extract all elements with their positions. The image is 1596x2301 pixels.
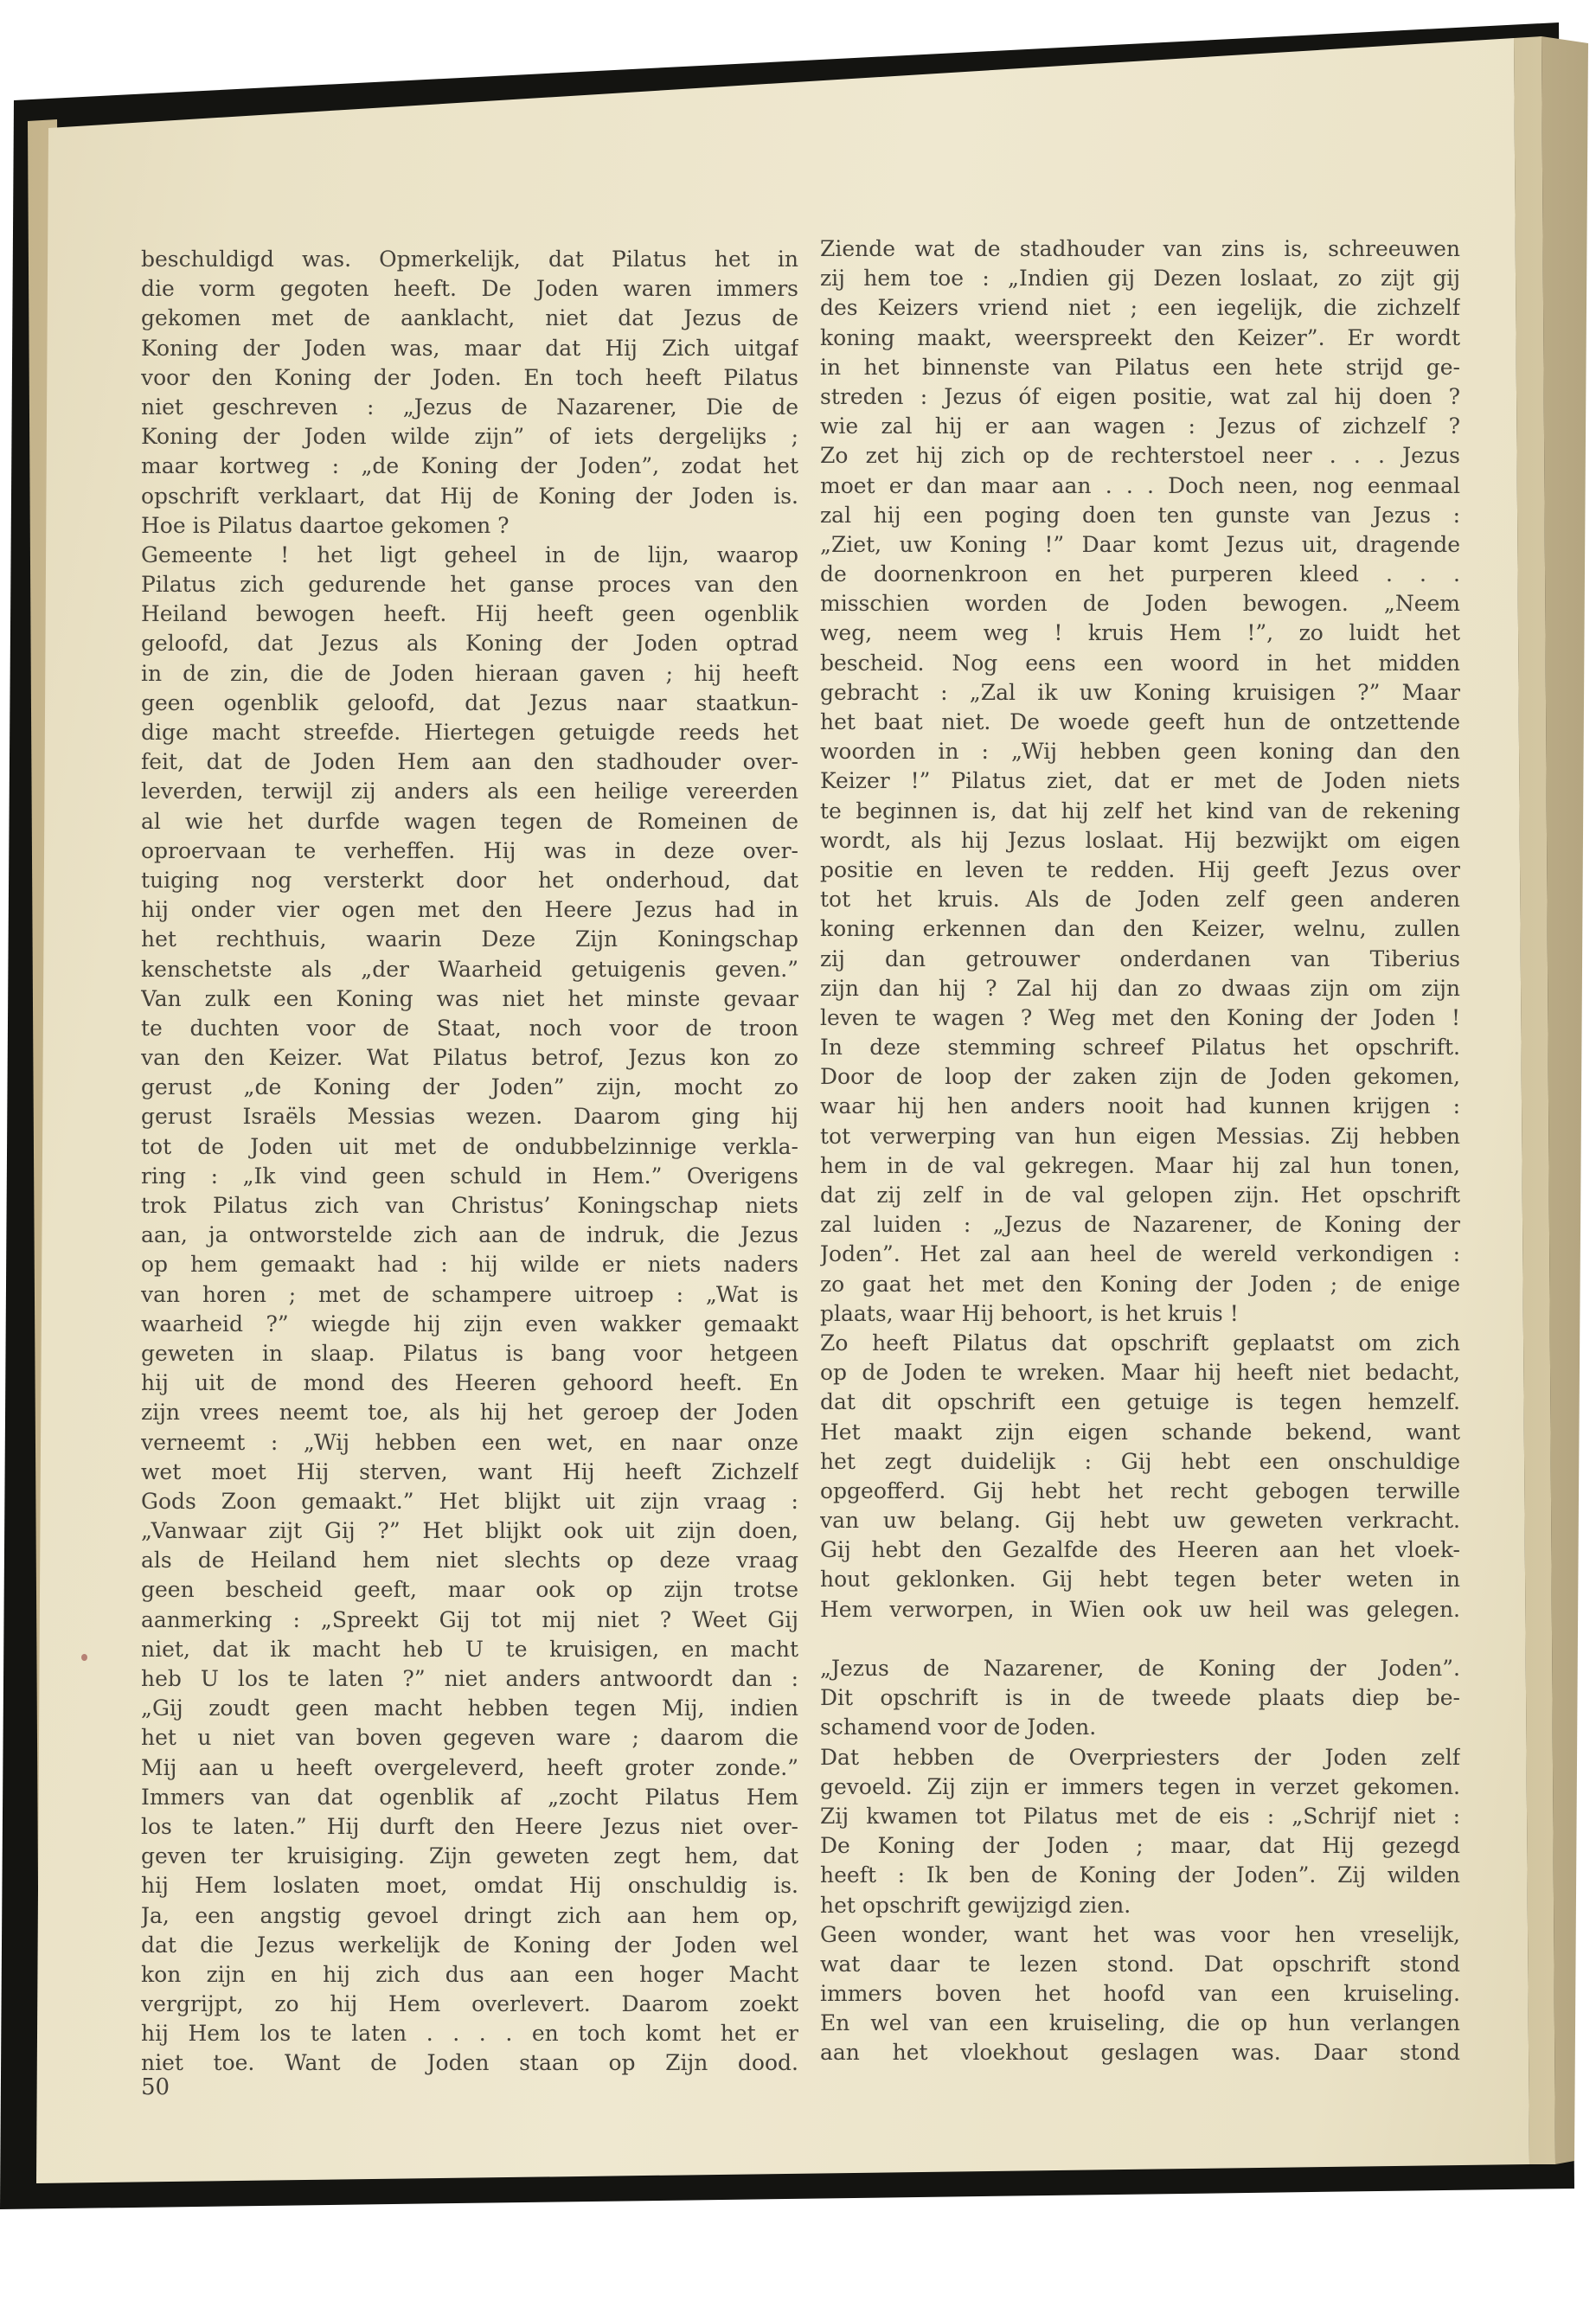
text-line: heeft : Ik ben de Koning der Joden”. Zij…: [820, 1861, 1460, 1890]
text-line: het baat niet. De woede geeft hun de ont…: [820, 708, 1460, 737]
text-line: Gods Zoon gemaakt.” Het blijkt uit zijn …: [141, 1487, 798, 1516]
paragraph: Ziende wat de stadhouder van zins is, sc…: [820, 234, 1460, 1329]
text-line: leverden, terwijl zij anders als een hei…: [141, 777, 798, 806]
text-line: oproervaan te verheffen. Hij was in deze…: [141, 836, 798, 866]
text-line: de doornenkroon en het purperen kleed . …: [820, 560, 1460, 589]
text-line: koning erkennen dan den Keizer, welnu, z…: [820, 914, 1460, 944]
text-line: zal luiden : „Jezus de Nazarener, de Kon…: [820, 1210, 1460, 1240]
text-line: Heiland bewogen heeft. Hij heeft geen og…: [141, 599, 798, 629]
text-line: „Vanwaar zijt Gij ?” Het blijkt ook uit …: [141, 1516, 798, 1546]
text-line: het rechthuis, waarin Deze Zijn Koningsc…: [141, 925, 798, 954]
text-line: die vorm gegoten heeft. De Joden waren i…: [141, 274, 798, 304]
paragraph: „Jezus de Nazarener, de Koning der Joden…: [820, 1654, 1460, 1743]
text-line: misschien worden de Joden bewogen. „Neem: [820, 589, 1460, 619]
text-line: zo gaat het met den Koning der Joden ; d…: [820, 1270, 1460, 1299]
text-line: zij dan getrouwer onderdanen van Tiberiu…: [820, 945, 1460, 974]
text-line: wordt, als hij Jezus loslaat. Hij bezwij…: [820, 826, 1460, 856]
text-line: hout geklonken. Gij hebt tegen beter wet…: [820, 1565, 1460, 1594]
text-column-right: Ziende wat de stadhouder van zins is, sc…: [820, 234, 1460, 2068]
text-line: Gemeente ! het ligt geheel in de lijn, w…: [141, 541, 798, 570]
text-line: heb U los te laten ?” niet anders antwoo…: [141, 1664, 798, 1694]
text-line: „Gij zoudt geen macht hebben tegen Mij, …: [141, 1694, 798, 1723]
text-line: tot verwerping van hun eigen Messias. Zi…: [820, 1122, 1460, 1151]
paragraph: Gemeente ! het ligt geheel in de lijn, w…: [141, 541, 798, 2079]
text-line: gebracht : „Zal ik uw Koning kruisigen ?…: [820, 678, 1460, 708]
text-line: woorden in : „Wij hebben geen koning dan…: [820, 737, 1460, 766]
text-line: voor den Koning der Joden. En toch heeft…: [141, 363, 798, 393]
text-line: hij Hem los te laten . . . . en toch kom…: [141, 2019, 798, 2048]
text-line: wat daar te lezen stond. Dat opschrift s…: [820, 1950, 1460, 1979]
text-line: los te laten.” Hij durft den Heere Jezus…: [141, 1812, 798, 1842]
text-line: hij Hem loslaten moet, omdat Hij onschul…: [141, 1871, 798, 1900]
text-line: geven ter kruisiging. Zijn geweten zegt …: [141, 1842, 798, 1871]
text-line: geloofd, dat Jezus als Koning der Joden …: [141, 629, 798, 658]
text-line: des Keizers vriend niet ; een iegelijk, …: [820, 293, 1460, 323]
text-line: geweten in slaap. Pilatus is bang voor h…: [141, 1339, 798, 1368]
text-line: wie zal hij er aan wagen : Jezus of zich…: [820, 412, 1460, 441]
paragraph: Dat hebben de Overpriesters der Joden ze…: [820, 1743, 1460, 1920]
text-line: aan het vloekhout geslagen was. Daar sto…: [820, 2038, 1460, 2067]
text-line: opschrift verklaart, dat Hij de Koning d…: [141, 482, 798, 511]
text-line: niet, dat ik macht heb U te kruisigen, e…: [141, 1635, 798, 1664]
text-line: dat dit opschrift een getuige is tegen h…: [820, 1388, 1460, 1417]
text-line: zijn vrees neemt toe, als hij het geroep…: [141, 1398, 798, 1427]
text-line: verneemt : „Wij hebben een wet, en naar …: [141, 1428, 798, 1458]
text-line: tuiging nog versterkt door het onderhoud…: [141, 866, 798, 895]
text-line: vergrijpt, zo hij Hem overlevert. Daarom…: [141, 1990, 798, 2019]
text-line: aanmerking : „Spreekt Gij tot mij niet ?…: [141, 1606, 798, 1635]
text-line: op hem gemaakt had : hij wilde er niets …: [141, 1250, 798, 1279]
text-line: leven te wagen ? Weg met den Koning der …: [820, 1003, 1460, 1033]
text-line: En wel van een kruiseling, die op hun ve…: [820, 2009, 1460, 2038]
text-line: aan, ja ontworstelde zich aan de indruk,…: [141, 1221, 798, 1250]
text-line: beschuldigd was. Opmerkelijk, dat Pilatu…: [141, 245, 798, 274]
text-line: Hoe is Pilatus daartoe gekomen ?: [141, 511, 798, 541]
text-line: al wie het durfde wagen tegen de Romeine…: [141, 807, 798, 836]
text-line: „Jezus de Nazarener, de Koning der Joden…: [820, 1654, 1460, 1683]
text-line: feit, dat de Joden Hem aan den stadhoude…: [141, 747, 798, 777]
text-line: van horen ; met de schampere uitroep : „…: [141, 1280, 798, 1310]
text-line: plaats, waar Hij behoort, is het kruis !: [820, 1299, 1460, 1329]
text-line: het zegt duidelijk : Gij hebt een onschu…: [820, 1447, 1460, 1477]
text-line: geen bescheid geeft, maar ook op zijn tr…: [141, 1575, 798, 1605]
text-line: in de zin, die de Joden hieraan gaven ; …: [141, 659, 798, 689]
text-line: Het maakt zijn eigen schande bekend, wan…: [820, 1418, 1460, 1447]
text-line: moet er dan maar aan . . . Doch neen, no…: [820, 471, 1460, 501]
printed-text: beschuldigd was. Opmerkelijk, dat Pilatu…: [0, 0, 1596, 2301]
text-line: weg, neem weg ! kruis Hem !”, zo luidt h…: [820, 619, 1460, 648]
text-line: ring : „Ik vind geen schuld in Hem.” Ove…: [141, 1162, 798, 1191]
text-line: dige macht streefde. Hiertegen getuigde …: [141, 718, 798, 747]
paragraph: Geen wonder, want het was voor hen vrese…: [820, 1920, 1460, 2068]
text-line: hij uit de mond des Heeren gehoord heeft…: [141, 1368, 798, 1398]
text-line: Gij hebt den Gezalfde des Heeren aan het…: [820, 1535, 1460, 1565]
text-line: zal hij een poging doen ten gunste van J…: [820, 501, 1460, 530]
text-line: streden : Jezus óf eigen positie, wat za…: [820, 382, 1460, 412]
text-line: trok Pilatus zich van Christus’ Koningsc…: [141, 1191, 798, 1221]
text-line: Zij kwamen tot Pilatus met de eis : „Sch…: [820, 1802, 1460, 1831]
text-line: Van zulk een Koning was niet het minste …: [141, 984, 798, 1014]
page-number: 50: [141, 2073, 170, 2102]
text-line: wet moet Hij sterven, want Hij heeft Zic…: [141, 1458, 798, 1487]
text-line: tot de Joden uit met de ondubbelzinnige …: [141, 1132, 798, 1162]
text-line: immers boven het hoofd van een kruiselin…: [820, 1979, 1460, 2009]
text-line: Keizer !” Pilatus ziet, dat er met de Jo…: [820, 766, 1460, 796]
text-line: te duchten voor de Staat, noch voor de t…: [141, 1014, 798, 1043]
text-line: waar hij hen anders nooit had kunnen kri…: [820, 1092, 1460, 1121]
text-line: Hem verworpen, in Wien ook uw heil was g…: [820, 1595, 1460, 1625]
text-line: dat die Jezus werkelijk de Koning der Jo…: [141, 1931, 798, 1960]
text-line: Ja, een angstig gevoel dringt zich aan h…: [141, 1901, 798, 1931]
text-line: Pilatus zich gedurende het ganse proces …: [141, 570, 798, 599]
text-line: „Ziet, uw Koning !” Daar komt Jezus uit,…: [820, 530, 1460, 560]
text-line: schamend voor de Joden.: [820, 1713, 1460, 1742]
text-line: Dat hebben de Overpriesters der Joden ze…: [820, 1743, 1460, 1772]
text-line: niet geschreven : „Jezus de Nazarener, D…: [141, 393, 798, 422]
text-line: op de Joden te wreken. Maar hij heeft ni…: [820, 1358, 1460, 1388]
text-line: Zo zet hij zich op de rechterstoel neer …: [820, 441, 1460, 471]
text-line: Zo heeft Pilatus dat opschrift geplaatst…: [820, 1329, 1460, 1358]
text-line: zijn dan hij ? Zal hij dan zo dwaas zijn…: [820, 974, 1460, 1003]
paragraph: beschuldigd was. Opmerkelijk, dat Pilatu…: [141, 245, 798, 541]
text-line: Dit opschrift is in de tweede plaats die…: [820, 1683, 1460, 1713]
text-line: zij hem toe : „Indien gij Dezen loslaat,…: [820, 264, 1460, 293]
text-line: positie en leven te redden. Hij geeft Je…: [820, 856, 1460, 885]
text-line: van den Keizer. Wat Pilatus betrof, Jezu…: [141, 1043, 798, 1073]
text-line: maar kortweg : „de Koning der Joden”, zo…: [141, 452, 798, 481]
text-line: kenschetste als „der Waarheid getuigenis…: [141, 955, 798, 984]
text-line: koning maakt, weerspreekt den Keizer”. E…: [820, 324, 1460, 353]
text-line: niet toe. Want de Joden staan op Zijn do…: [141, 2048, 798, 2078]
text-line: In deze stemming schreef Pilatus het ops…: [820, 1033, 1460, 1062]
book-scan: beschuldigd was. Opmerkelijk, dat Pilatu…: [0, 0, 1596, 2301]
text-column-left: beschuldigd was. Opmerkelijk, dat Pilatu…: [141, 245, 798, 2079]
text-line: gerust „de Koning der Joden” zijn, mocht…: [141, 1073, 798, 1102]
text-line: te beginnen is, dat hij zelf het kind va…: [820, 797, 1460, 826]
text-line: Mij aan u heeft overgeleverd, heeft grot…: [141, 1753, 798, 1783]
text-line: Joden”. Het zal aan heel de wereld verko…: [820, 1240, 1460, 1269]
text-line: gevoeld. Zij zijn er immers tegen in ver…: [820, 1772, 1460, 1802]
text-line: tot het kruis. Als de Joden zelf geen an…: [820, 885, 1460, 914]
text-line: dat zij zelf in de val gelopen zijn. Het…: [820, 1181, 1460, 1210]
text-line: het opschrift gewijzigd zien.: [820, 1891, 1460, 1920]
text-line: geen ogenblik geloofd, dat Jezus naar st…: [141, 689, 798, 718]
text-line: als de Heiland hem niet slechts op deze …: [141, 1546, 798, 1575]
text-line: Koning der Joden wilde zijn” of iets der…: [141, 422, 798, 452]
text-line: gekomen met de aanklacht, niet dat Jezus…: [141, 304, 798, 333]
text-line: in het binnenste van Pilatus een hete st…: [820, 353, 1460, 382]
text-line: kon zijn en hij zich dus aan een hoger M…: [141, 1960, 798, 1990]
text-line: bescheid. Nog eens een woord in het midd…: [820, 649, 1460, 678]
paragraph: Zo heeft Pilatus dat opschrift geplaatst…: [820, 1329, 1460, 1625]
text-line: opgeofferd. Gij hebt het recht gebogen t…: [820, 1477, 1460, 1506]
text-line: hij onder vier ogen met den Heere Jezus …: [141, 895, 798, 925]
text-line: Ziende wat de stadhouder van zins is, sc…: [820, 234, 1460, 264]
text-line: van uw belang. Gij hebt uw geweten verkr…: [820, 1506, 1460, 1535]
text-line: Door de loop der zaken zijn de Joden gek…: [820, 1062, 1460, 1092]
text-line: Koning der Joden was, maar dat Hij Zich …: [141, 334, 798, 363]
text-line: het u niet van boven gegeven ware ; daar…: [141, 1723, 798, 1753]
text-line: Geen wonder, want het was voor hen vrese…: [820, 1920, 1460, 1950]
text-line: De Koning der Joden ; maar, dat Hij geze…: [820, 1831, 1460, 1861]
text-line: Immers van dat ogenblik af „zocht Pilatu…: [141, 1783, 798, 1812]
text-line: hem in de val gekregen. Maar hij zal hun…: [820, 1151, 1460, 1181]
text-line: gerust Israëls Messias wezen. Daarom gin…: [141, 1102, 798, 1131]
text-line: waarheid ?” wiegde hij zijn even wakker …: [141, 1310, 798, 1339]
